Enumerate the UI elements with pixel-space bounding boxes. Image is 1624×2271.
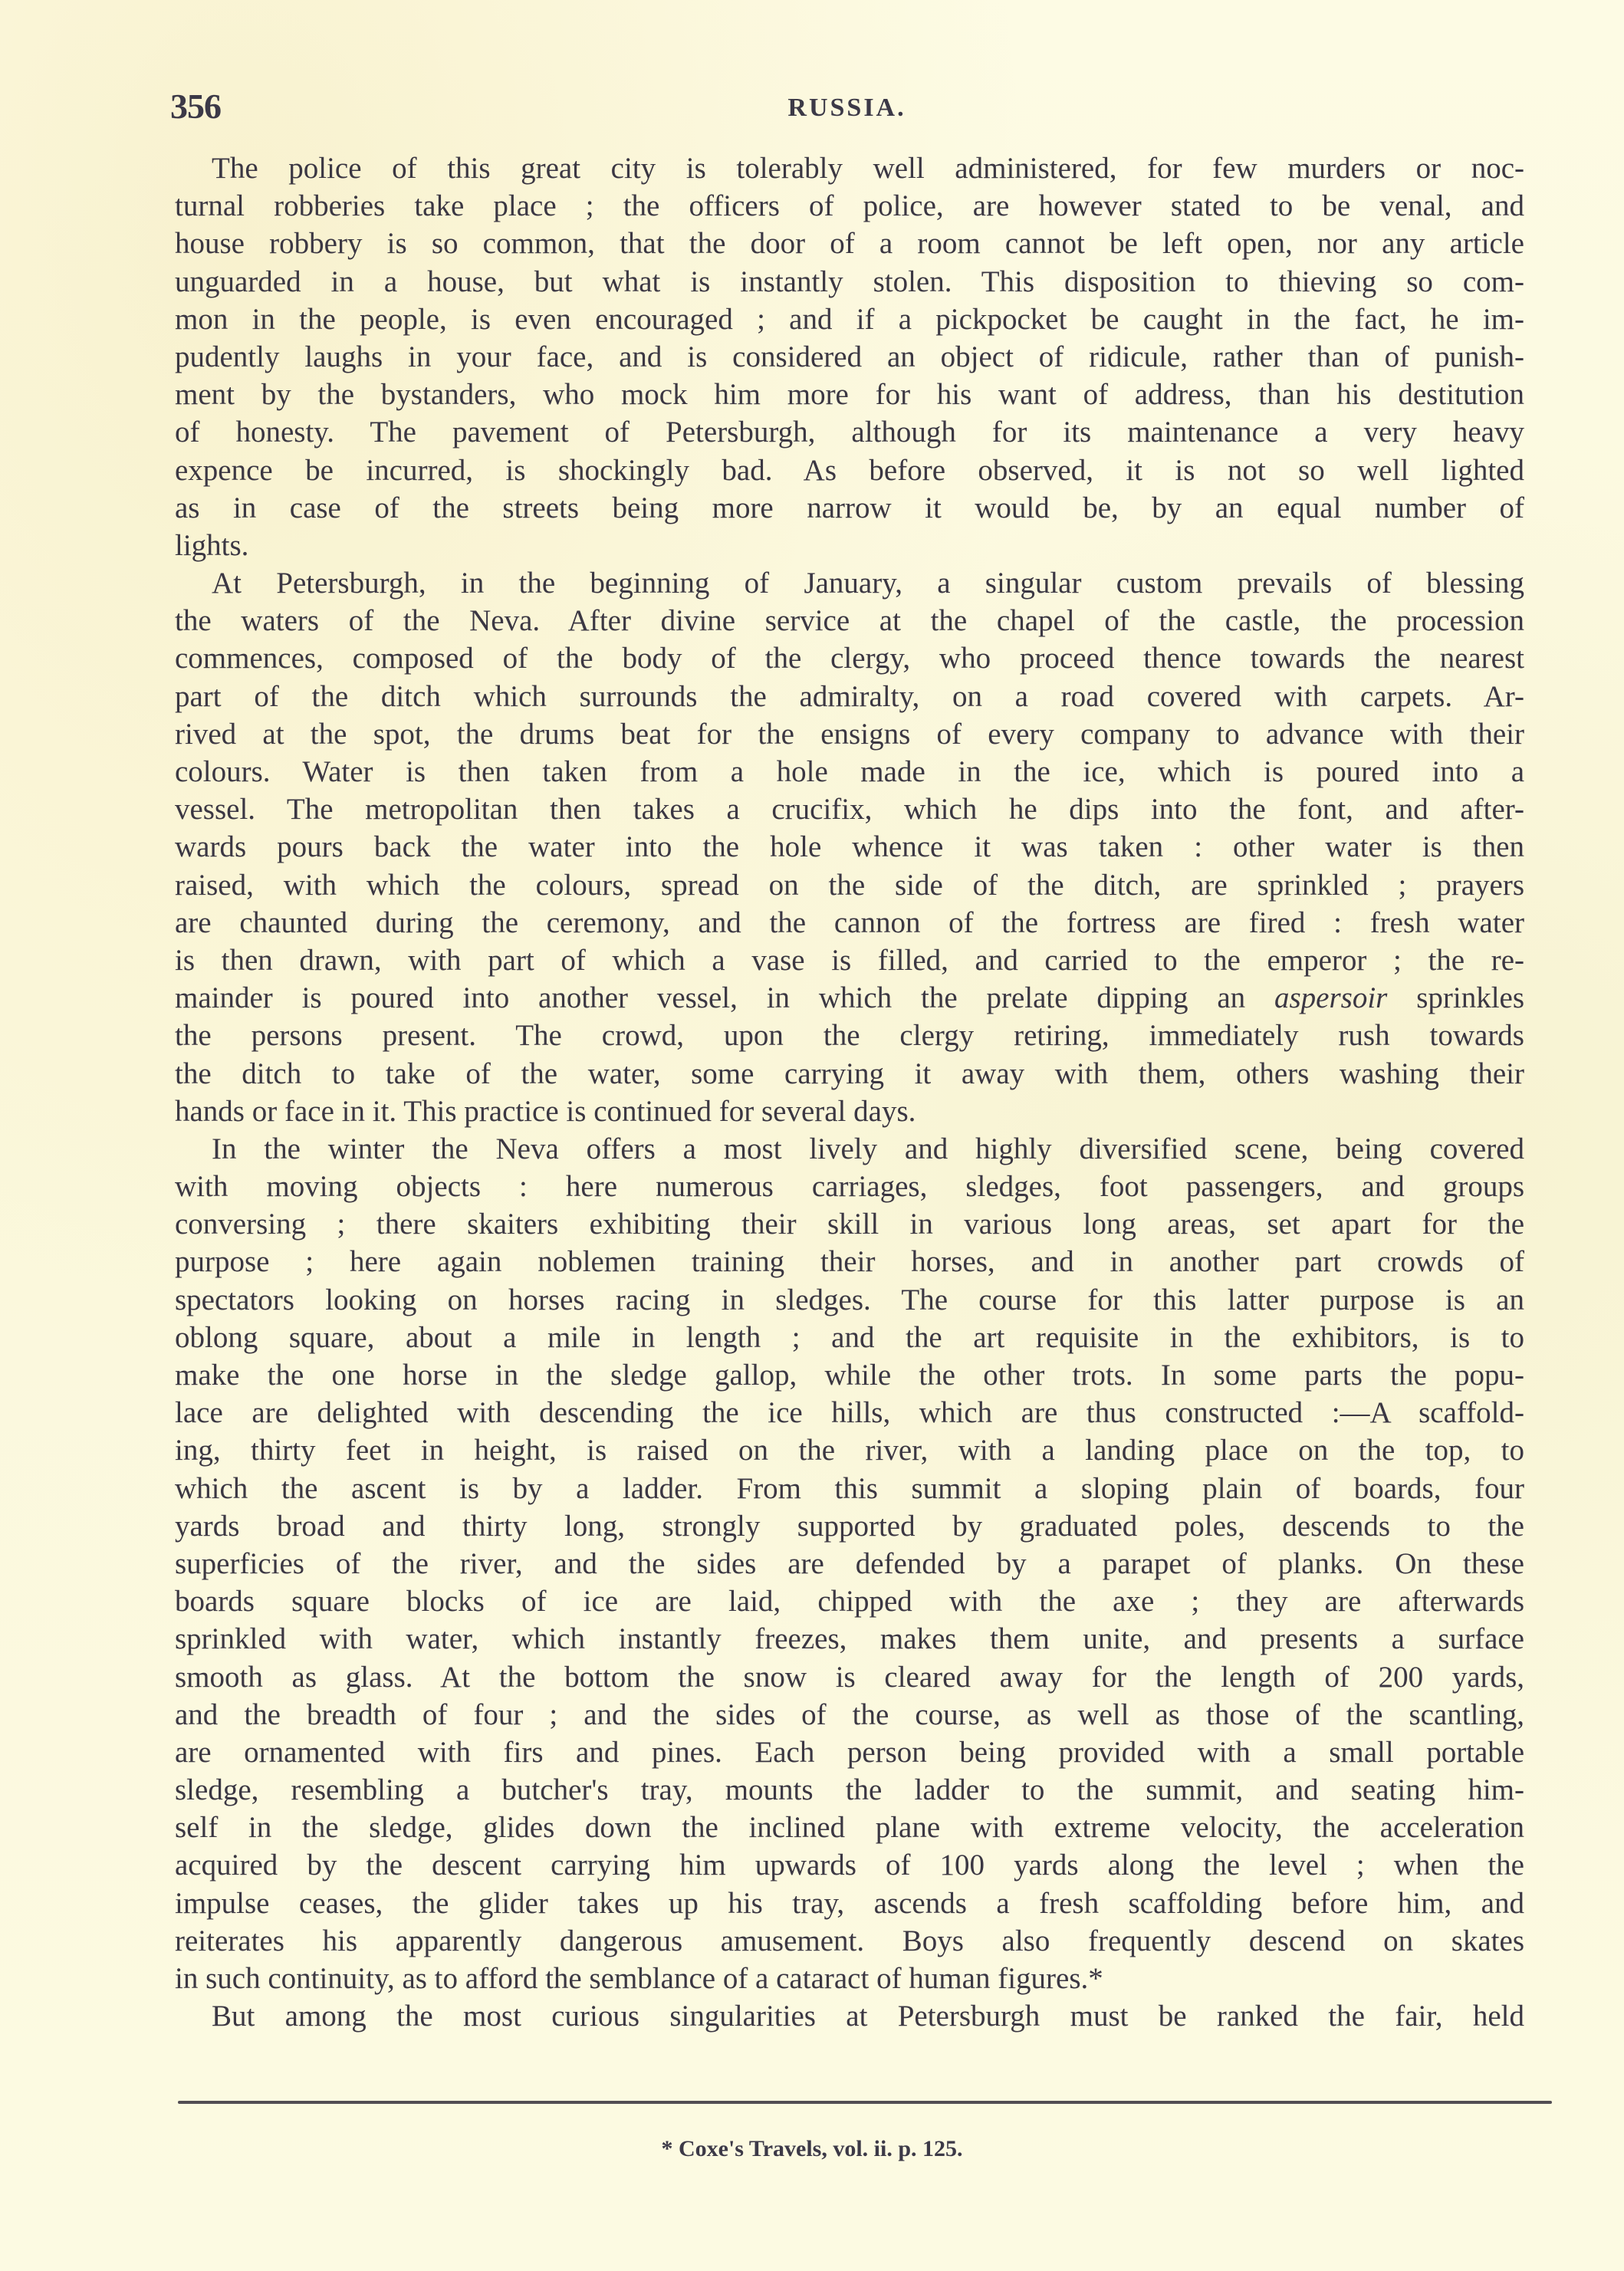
text-line: acquired by the descent carrying him upw… (175, 1846, 1524, 1884)
text-line: In the winter the Neva offers a most liv… (175, 1130, 1524, 1168)
footnote: * Coxe's Travels, vol. ii. p. 125. (0, 2136, 1624, 2162)
text-line: unguarded in a house, but what is instan… (175, 263, 1524, 301)
text-line: make the one horse in the sledge gallop,… (175, 1356, 1524, 1394)
running-head: 356 RUSSIA. (170, 83, 1524, 129)
text-line: raised, with which the colours, spread o… (175, 866, 1524, 904)
text-line: the ditch to take of the water, some car… (175, 1055, 1524, 1093)
text-line: But among the most curious singularities… (175, 1997, 1524, 2035)
text-line: as in case of the streets being more nar… (175, 489, 1524, 527)
text-line: commences, composed of the body of the c… (175, 639, 1524, 677)
text-line: At Petersburgh, in the beginning of Janu… (175, 564, 1524, 602)
text-line: impulse ceases, the glider takes up his … (175, 1885, 1524, 1922)
paragraph-police: The police of this great city is tolerab… (175, 150, 1524, 564)
text-line: lights. (175, 527, 1524, 564)
text-line: self in the sledge, glides down the incl… (175, 1809, 1524, 1846)
text-line: which the ascent is by a ladder. From th… (175, 1470, 1524, 1507)
text-line: The police of this great city is tolerab… (175, 150, 1524, 187)
text-line: colours. Water is then taken from a hole… (175, 753, 1524, 790)
text-line: are ornamented with firs and pines. Each… (175, 1734, 1524, 1771)
text-line: superficies of the river, and the sides … (175, 1545, 1524, 1582)
text-line: yards broad and thirty long, strongly su… (175, 1507, 1524, 1545)
text-line: are chaunted during the ceremony, and th… (175, 904, 1524, 942)
text-segment: sprinkles (1416, 981, 1524, 1014)
text-line: spectators looking on horses racing in s… (175, 1281, 1524, 1319)
text-line: house robbery is so common, that the doo… (175, 225, 1524, 262)
text-line: oblong square, about a mile in length ; … (175, 1319, 1524, 1356)
text-line: part of the ditch which surrounds the ad… (175, 678, 1524, 715)
italic-term: aspersoir (1274, 981, 1387, 1014)
chapter-title: RUSSIA. (170, 94, 1524, 123)
text-line: with moving objects : here numerous carr… (175, 1168, 1524, 1205)
text-line: of honesty. The pavement of Petersburgh,… (175, 413, 1524, 451)
text-line: the persons present. The crowd, upon the… (175, 1017, 1524, 1054)
text-line: conversing ; there skaiters exhibiting t… (175, 1205, 1524, 1243)
text-line: ing, thirty feet in height, is raised on… (175, 1431, 1524, 1469)
footnote-divider (178, 2101, 1552, 2104)
text-line: lace are delighted with descending the i… (175, 1394, 1524, 1431)
text-line: mon in the people, is even encouraged ; … (175, 301, 1524, 338)
paragraph-fair: But among the most curious singularities… (175, 1997, 1524, 2035)
book-page: 356 RUSSIA. The police of this great cit… (0, 0, 1624, 2271)
text-line: smooth as glass. At the bottom the snow … (175, 1658, 1524, 1696)
text-line: vessel. The metropolitan then takes a cr… (175, 790, 1524, 828)
text-line: hands or face in it. This practice is co… (175, 1093, 1524, 1130)
text-line: reiterates his apparently dangerous amus… (175, 1922, 1524, 1960)
text-line: ment by the bystanders, who mock him mor… (175, 376, 1524, 413)
text-line: purpose ; here again noblemen training t… (175, 1243, 1524, 1280)
text-line: turnal robberies take place ; the office… (175, 187, 1524, 225)
text-line: rived at the spot, the drums beat for th… (175, 715, 1524, 753)
text-segment: mainder is poured into another vessel, i… (175, 981, 1245, 1014)
paragraph-blessing-waters: At Petersburgh, in the beginning of Janu… (175, 564, 1524, 1130)
text-line: sledge, resembling a butcher's tray, mou… (175, 1771, 1524, 1809)
text-line: expence be incurred, is shockingly bad. … (175, 452, 1524, 489)
body-text: The police of this great city is tolerab… (175, 150, 1524, 2035)
text-line: sprinkled with water, which instantly fr… (175, 1620, 1524, 1658)
text-line: is then drawn, with part of which a vase… (175, 942, 1524, 979)
text-line: boards square blocks of ice are laid, ch… (175, 1582, 1524, 1620)
text-line: in such continuity, as to afford the sem… (175, 1960, 1524, 1997)
text-line: wards pours back the water into the hole… (175, 828, 1524, 866)
text-line: and the breadth of four ; and the sides … (175, 1696, 1524, 1734)
text-line: the waters of the Neva. After divine ser… (175, 602, 1524, 639)
text-line-with-italic: mainder is poured into another vessel, i… (175, 979, 1524, 1017)
text-line: pudently laughs in your face, and is con… (175, 338, 1524, 376)
paragraph-winter-neva: In the winter the Neva offers a most liv… (175, 1130, 1524, 1997)
